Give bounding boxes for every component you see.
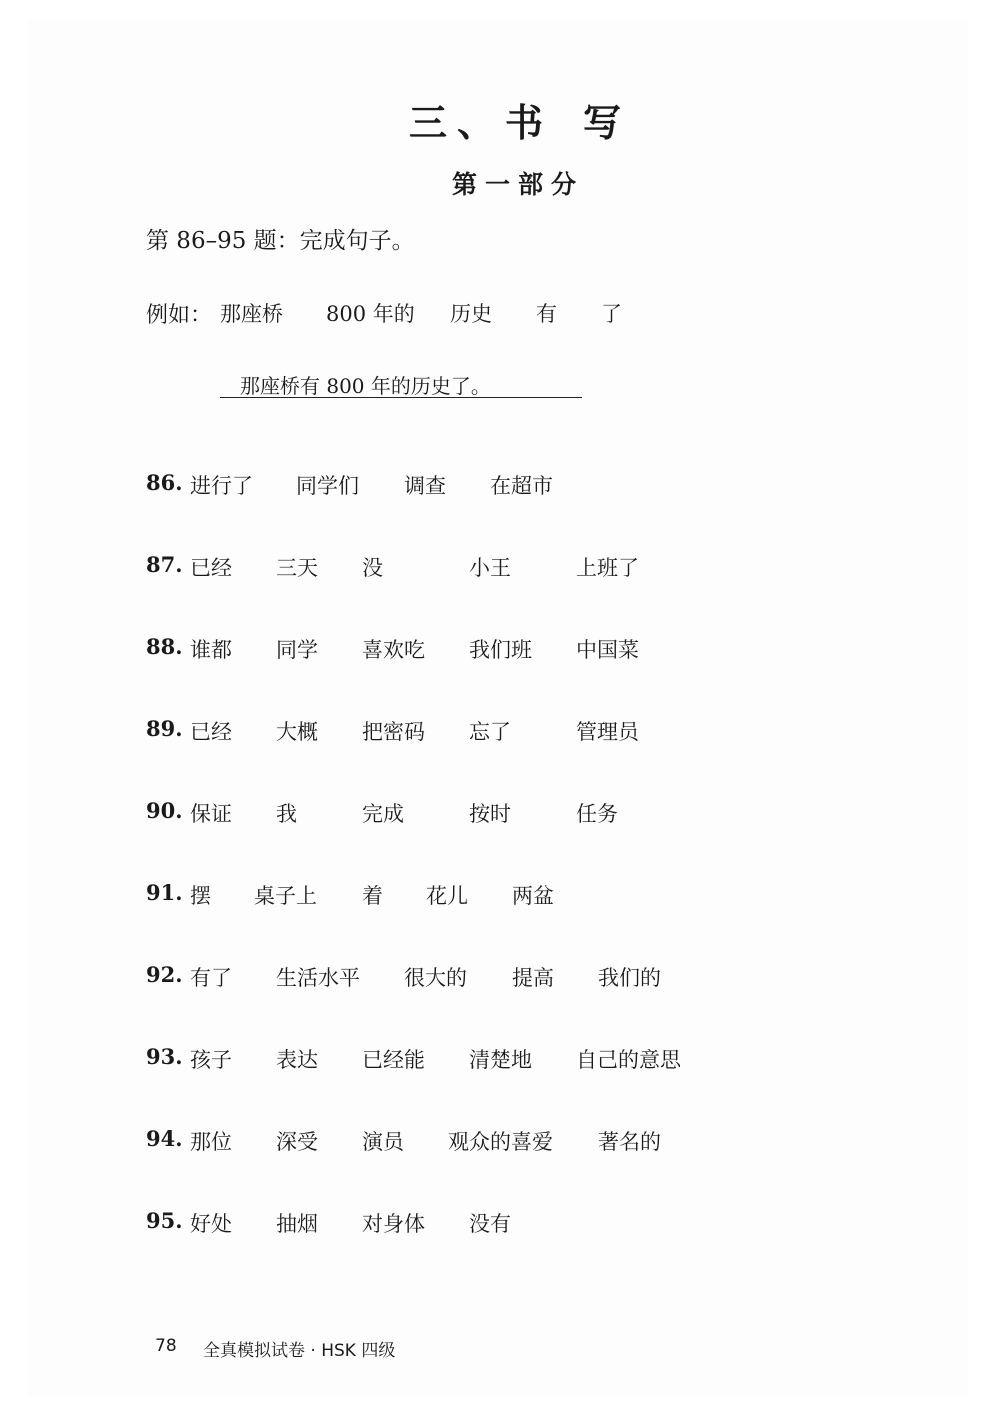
example-word: 了: [601, 298, 622, 328]
word-chunk: 已经能: [362, 1044, 425, 1074]
question-number: 88.: [146, 634, 183, 659]
word-chunk: 已经: [190, 552, 232, 582]
word-chunk: 进行了: [190, 470, 253, 500]
word-chunk: 调查: [404, 470, 446, 500]
word-chunk: 两盆: [512, 880, 554, 910]
question-number: 87.: [146, 552, 183, 577]
word-chunk: 桌子上: [254, 880, 317, 910]
word-chunk: 完成: [362, 798, 404, 828]
word-chunk: 我: [276, 798, 297, 828]
section-title: 三、书写: [0, 92, 1000, 147]
example-answer-line: 那座桥有 800 年的历史了。: [220, 370, 582, 398]
word-chunk: 在超市: [490, 470, 553, 500]
word-chunk: 观众的喜爱: [448, 1126, 553, 1156]
word-chunk: 好处: [190, 1208, 232, 1238]
example-label: 例如：: [146, 298, 212, 329]
word-chunk: 有了: [190, 962, 232, 992]
word-chunk: 那位: [190, 1126, 232, 1156]
question-number: 94.: [146, 1126, 183, 1151]
word-chunk: 同学: [276, 634, 318, 664]
word-chunk: 谁都: [190, 634, 232, 664]
word-chunk: 我们的: [598, 962, 661, 992]
word-chunk: 喜欢吃: [362, 634, 425, 664]
question-number: 92.: [146, 962, 183, 987]
question-number: 93.: [146, 1044, 183, 1069]
word-chunk: 演员: [362, 1126, 404, 1156]
word-chunk: 很大的: [404, 962, 467, 992]
word-chunk: 对身体: [362, 1208, 425, 1238]
word-chunk: 没: [362, 552, 383, 582]
question-number: 95.: [146, 1208, 183, 1233]
word-chunk: 抽烟: [276, 1208, 318, 1238]
word-chunk: 中国菜: [576, 634, 639, 664]
word-chunk: 上班了: [576, 552, 639, 582]
word-chunk: 提高: [512, 962, 554, 992]
example-word: 有: [536, 298, 557, 328]
word-chunk: 生活水平: [276, 962, 360, 992]
question-number: 89.: [146, 716, 183, 741]
word-chunk: 小王: [469, 552, 511, 582]
word-chunk: 深受: [276, 1126, 318, 1156]
word-chunk: 已经: [190, 716, 232, 746]
word-chunk: 同学们: [296, 470, 359, 500]
page-number: 78: [155, 1336, 177, 1356]
word-chunk: 把密码: [362, 716, 425, 746]
question-number: 90.: [146, 798, 183, 823]
instructions: 第 86–95 题：完成句子。: [146, 222, 415, 255]
word-chunk: 我们班: [469, 634, 532, 664]
book-title: 全真模拟试卷 · HSK 四级: [203, 1336, 395, 1361]
word-chunk: 表达: [276, 1044, 318, 1074]
word-chunk: 管理员: [576, 716, 639, 746]
word-chunk: 没有: [469, 1208, 511, 1238]
word-chunk: 自己的意思: [576, 1044, 681, 1074]
word-chunk: 著名的: [598, 1126, 661, 1156]
word-chunk: 按时: [469, 798, 511, 828]
word-chunk: 孩子: [190, 1044, 232, 1074]
word-chunk: 保证: [190, 798, 232, 828]
question-number: 86.: [146, 470, 183, 495]
word-chunk: 任务: [576, 798, 618, 828]
section-title-part1: 三、书: [409, 100, 553, 145]
word-chunk: 清楚地: [469, 1044, 532, 1074]
word-chunk: 大概: [276, 716, 318, 746]
section-title-part2: 写: [583, 100, 631, 145]
word-chunk: 忘了: [469, 716, 511, 746]
example-word: 历史: [450, 298, 492, 328]
question-number: 91.: [146, 880, 183, 905]
example-word: 800 年的: [326, 298, 415, 328]
word-chunk: 摆: [190, 880, 211, 910]
word-chunk: 三天: [276, 552, 318, 582]
word-chunk: 花儿: [426, 880, 468, 910]
part-subtitle: 第一部分: [0, 165, 1000, 201]
example-word: 那座桥: [220, 298, 283, 328]
word-chunk: 着: [362, 880, 383, 910]
